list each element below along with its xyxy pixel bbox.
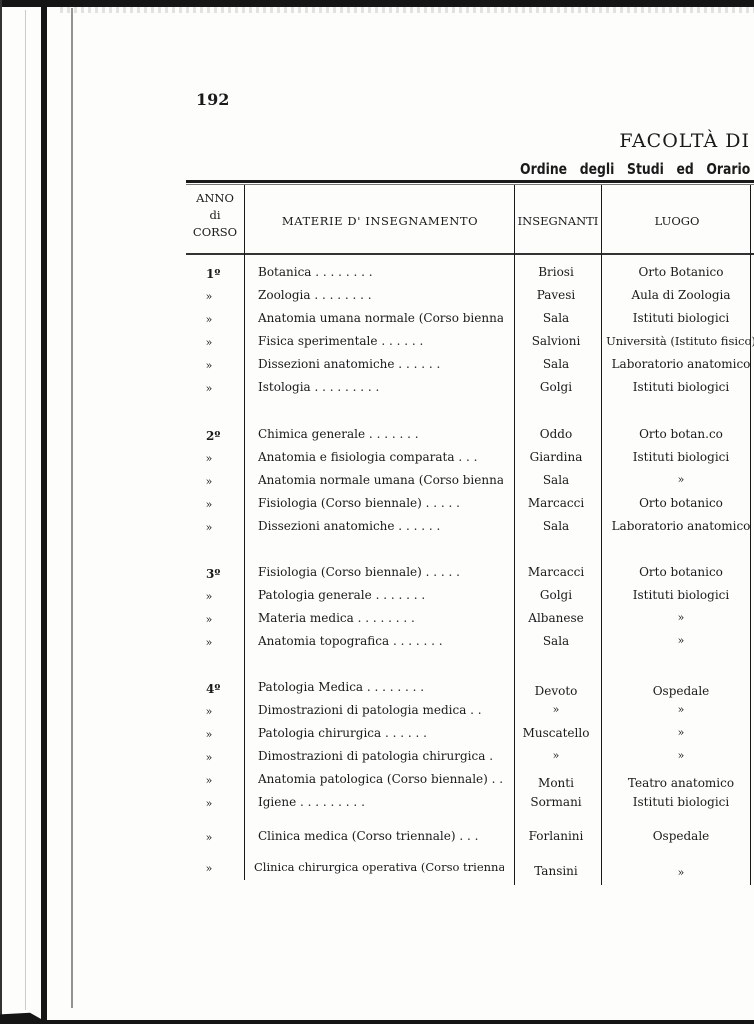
- leader-dots: .: [489, 749, 493, 763]
- insegnante-cell: Devoto: [516, 684, 596, 698]
- materia-text: Anatomia patologica (Corso biennale) .: [258, 772, 495, 786]
- materia-text: Anatomia umana normale (Corso biennale): [258, 311, 503, 325]
- insegnante-cell: Tansini: [516, 864, 596, 878]
- scan-noise-top: [60, 7, 754, 13]
- table-row: » Anatomia umana normale (Corso biennale…: [186, 311, 754, 333]
- header-luogo: LUOGO: [602, 213, 752, 230]
- luogo-cell: »: [604, 703, 754, 716]
- materia-text: Clinica chirurgica operativa (Corso trie…: [254, 860, 504, 874]
- table-row: » Materia medica . . . . . . . . Albanes…: [186, 611, 754, 633]
- materia-text: Fisiologia (Corso biennale) .: [258, 496, 429, 510]
- scan-edge-left: [0, 0, 2, 1024]
- table-row: » Dissezioni anatomiche . . . . . . Sala…: [186, 519, 754, 541]
- materia-text: Chimica generale .: [258, 427, 373, 441]
- materia-cell: Istologia . . . . . . . . .: [258, 380, 503, 394]
- luogo-cell: Istituti biologici: [604, 795, 754, 809]
- materia-cell: Igiene . . . . . . . . .: [258, 795, 503, 809]
- anno-cell: »: [186, 613, 232, 626]
- anno-cell: »: [186, 774, 232, 787]
- leader-dots: . . . . . .: [385, 726, 427, 740]
- leader-dots: . . . . . . . .: [322, 380, 379, 394]
- table-row: » Istologia . . . . . . . . . Golgi Isti…: [186, 380, 754, 402]
- anno-cell: »: [186, 475, 232, 488]
- insegnante-cell: Sormani: [516, 795, 596, 809]
- materia-text: Istologia .: [258, 380, 318, 394]
- anno-cell: 4º: [188, 682, 220, 696]
- header-anno-di-corso: ANNO di CORSO: [186, 190, 244, 241]
- anno-cell: »: [186, 705, 232, 718]
- table-row: » Patologia generale . . . . . . . Golgi…: [186, 588, 754, 610]
- anno-cell: »: [186, 452, 232, 465]
- materia-text: Patologia chirurgica: [258, 726, 381, 740]
- anno-cell: 1º: [188, 267, 220, 281]
- luogo-cell: Orto botan.co: [604, 427, 754, 441]
- anno-cell: 3º: [188, 567, 220, 581]
- materia-cell: Zoologia . . . . . . . .: [258, 288, 503, 302]
- insegnante-cell: Sala: [516, 311, 596, 325]
- luogo-cell: Ospedale: [604, 684, 754, 698]
- leader-dots: . . . . . . . .: [358, 611, 415, 625]
- anno-cell: »: [186, 382, 232, 395]
- insegnante-cell: Monti: [516, 776, 596, 790]
- anno-cell: »: [186, 290, 232, 303]
- anno-cell: »: [186, 797, 232, 810]
- insegnante-cell: Oddo: [516, 427, 596, 441]
- materia-text: Dissezioni anatomiche .: [258, 357, 402, 371]
- luogo-cell: Istituti biologici: [604, 588, 754, 602]
- table-row: » Dissezioni anatomiche . . . . . . Sala…: [186, 357, 754, 379]
- scan-edge-bottom: [0, 1020, 754, 1024]
- anno-cell: »: [186, 636, 232, 649]
- materia-cell: Clinica chirurgica operativa (Corso trie…: [254, 860, 504, 874]
- page-number: 192: [196, 90, 229, 109]
- materia-text: Anatomia topografica .: [258, 634, 397, 648]
- luogo-cell: »: [604, 749, 754, 762]
- running-title: FACOLTÀ DI: [619, 130, 750, 152]
- materia-cell: Botanica . . . . . . . .: [258, 265, 503, 279]
- table-header-rule: [186, 253, 754, 255]
- luogo-cell: »: [604, 634, 754, 647]
- luogo-cell: Teatro anatomico: [604, 776, 754, 790]
- insegnante-cell: Forlanini: [516, 829, 596, 843]
- leader-dots: .: [499, 772, 503, 786]
- materia-cell: Patologia chirurgica . . . . . .: [258, 726, 503, 740]
- leader-dots: . . . . . .: [381, 334, 423, 348]
- book-spine-shadow: [41, 0, 47, 1020]
- insegnante-cell: Briosi: [516, 265, 596, 279]
- luogo-cell: »: [604, 726, 754, 739]
- insegnante-cell: Giardina: [516, 450, 596, 464]
- materia-cell: Anatomia umana normale (Corso biennale): [258, 311, 503, 325]
- leader-dots: . .: [466, 450, 477, 464]
- luogo-cell: Istituti biologici: [604, 380, 754, 394]
- materia-text: Materia medica: [258, 611, 354, 625]
- table-row: » Dimostrazioni di patologia medica . . …: [186, 703, 754, 725]
- materia-cell: Dissezioni anatomiche . . . . . .: [258, 519, 503, 533]
- materia-text: Anatomia e fisiologia comparata .: [258, 450, 462, 464]
- materia-text: Patologia generale: [258, 588, 372, 602]
- materia-text: Igiene: [258, 795, 296, 809]
- luogo-cell: Orto Botanico: [604, 265, 754, 279]
- leader-dots: . .: [470, 703, 481, 717]
- leader-dots: . .: [467, 829, 478, 843]
- materia-text: Fisiologia (Corso biennale) .: [258, 565, 429, 579]
- luogo-cell: »: [604, 611, 754, 624]
- table-row: » Zoologia . . . . . . . . Pavesi Aula d…: [186, 288, 754, 310]
- materia-text: Anatomia normale umana (Corso biennale): [258, 473, 503, 487]
- anno-cell: 2º: [188, 429, 220, 443]
- luogo-cell: Laboratorio anatomico: [604, 357, 754, 371]
- materia-text: Dimostrazioni di patologia chirurgica: [258, 749, 485, 763]
- anno-cell: »: [186, 359, 232, 372]
- anno-cell: »: [186, 313, 232, 326]
- materia-cell: Dissezioni anatomiche . . . . . .: [258, 357, 503, 371]
- materia-text: Clinica medica (Corso triennale) .: [258, 829, 463, 843]
- leader-dots: . . . . . .: [377, 427, 419, 441]
- leader-dots: . . . .: [433, 496, 460, 510]
- table-row: » Anatomia e fisiologia comparata . . . …: [186, 450, 754, 472]
- page-edge-line: [71, 8, 73, 1008]
- table-row: » Clinica medica (Corso triennale) . . .…: [186, 829, 754, 851]
- luogo-cell: Orto botanico: [604, 565, 754, 579]
- anno-cell: »: [186, 521, 232, 534]
- table-row: » Anatomia normale umana (Corso biennale…: [186, 473, 754, 495]
- materia-cell: Fisica sperimentale . . . . . .: [258, 334, 503, 348]
- insegnante-cell: Marcacci: [516, 496, 596, 510]
- luogo-cell: Ospedale: [604, 829, 754, 843]
- section-subtitle: Ordine degli Studi ed Orario: [520, 160, 750, 178]
- insegnante-cell: Sala: [516, 634, 596, 648]
- luogo-cell: Università (Istituto fisico): [604, 334, 754, 348]
- table-row: » Fisiologia (Corso biennale) . . . . . …: [186, 496, 754, 518]
- header-anno-line3: CORSO: [186, 224, 244, 241]
- luogo-cell: Istituti biologici: [604, 311, 754, 325]
- table-row: 2º Chimica generale . . . . . . . Oddo O…: [186, 427, 754, 449]
- header-anno-line1: ANNO: [186, 190, 244, 207]
- table-top-rule-thin: [186, 184, 754, 185]
- leader-dots: . . . . . .: [401, 634, 443, 648]
- materia-text: Fisica sperimentale: [258, 334, 378, 348]
- materia-cell: Anatomia e fisiologia comparata . . .: [258, 450, 503, 464]
- insegnante-cell: Golgi: [516, 588, 596, 602]
- materia-cell: Anatomia topografica . . . . . . .: [258, 634, 503, 648]
- header-anno-line2: di: [186, 207, 244, 224]
- materia-text: Dissezioni anatomiche .: [258, 519, 402, 533]
- table-row: 1º Botanica . . . . . . . . Briosi Orto …: [186, 265, 754, 287]
- table-row: 3º Fisiologia (Corso biennale) . . . . .…: [186, 565, 754, 587]
- anno-cell: »: [186, 862, 232, 875]
- insegnante-cell: Salvioni: [516, 334, 596, 348]
- materia-text: Zoologia .: [258, 288, 318, 302]
- table-top-rule: [186, 180, 754, 183]
- insegnante-cell: Golgi: [516, 380, 596, 394]
- leader-dots: . . . .: [433, 565, 460, 579]
- materia-text: Dimostrazioni di patologia medica: [258, 703, 466, 717]
- insegnante-cell: Muscatello: [516, 726, 596, 740]
- materia-cell: Clinica medica (Corso triennale) . . .: [258, 829, 503, 843]
- table-row: » Igiene . . . . . . . . . Sormani Istit…: [186, 795, 754, 817]
- anno-cell: »: [186, 590, 232, 603]
- scan-edge-top: [0, 0, 754, 7]
- insegnante-cell: Sala: [516, 519, 596, 533]
- luogo-cell: »: [604, 473, 754, 486]
- table-row: 4º Patologia Medica . . . . . . . . Devo…: [186, 680, 754, 702]
- table-row: » Anatomia patologica (Corso biennale) .…: [186, 772, 754, 794]
- luogo-cell: »: [604, 866, 754, 879]
- table-row: » Patologia chirurgica . . . . . . Musca…: [186, 726, 754, 748]
- anno-cell: »: [186, 498, 232, 511]
- materia-cell: Dimostrazioni di patologia chirurgica .: [258, 749, 503, 763]
- materia-cell: Anatomia patologica (Corso biennale) . .: [258, 772, 503, 786]
- luogo-cell: Istituti biologici: [604, 450, 754, 464]
- materia-cell: Patologia Medica . . . . . . . .: [258, 680, 503, 694]
- insegnante-cell: Marcacci: [516, 565, 596, 579]
- scan-gutter-line: [25, 10, 26, 1010]
- luogo-cell: Aula di Zoologia: [604, 288, 754, 302]
- insegnante-cell: »: [516, 703, 596, 716]
- insegnante-cell: Albanese: [516, 611, 596, 625]
- leader-dots: . . . . . . .: [322, 288, 372, 302]
- materia-cell: Patologia generale . . . . . . .: [258, 588, 503, 602]
- leader-dots: . . . . . . .: [376, 588, 426, 602]
- luogo-cell: Laboratorio anatomico: [604, 519, 754, 533]
- header-insegnanti: INSEGNANTI: [515, 213, 601, 230]
- header-materie: MATERIE D' INSEGNAMENTO: [246, 213, 514, 230]
- table-row: » Dimostrazioni di patologia chirurgica …: [186, 749, 754, 771]
- materia-cell: Dimostrazioni di patologia medica . .: [258, 703, 503, 717]
- leader-dots: . . . . . . .: [375, 680, 425, 694]
- leader-dots: . . . . .: [406, 357, 440, 371]
- materia-cell: Fisiologia (Corso biennale) . . . . .: [258, 565, 503, 579]
- insegnante-cell: Pavesi: [516, 288, 596, 302]
- materia-text: Patologia Medica .: [258, 680, 371, 694]
- insegnante-cell: Sala: [516, 357, 596, 371]
- anno-cell: »: [186, 831, 232, 844]
- leader-dots: . . . . . . . .: [315, 265, 372, 279]
- luogo-cell: Orto botanico: [604, 496, 754, 510]
- leader-dots: . . . . .: [406, 519, 440, 533]
- anno-cell: »: [186, 751, 232, 764]
- materia-cell: Chimica generale . . . . . . .: [258, 427, 503, 441]
- materia-cell: Materia medica . . . . . . . .: [258, 611, 503, 625]
- leader-dots: . . . . . . . . .: [300, 795, 365, 809]
- materia-text: Botanica: [258, 265, 311, 279]
- table-row: » Anatomia topografica . . . . . . . Sal…: [186, 634, 754, 656]
- materia-cell: Fisiologia (Corso biennale) . . . . .: [258, 496, 503, 510]
- insegnante-cell: Sala: [516, 473, 596, 487]
- anno-cell: »: [186, 728, 232, 741]
- table-row: » Clinica chirurgica operativa (Corso tr…: [186, 860, 754, 882]
- materia-cell: Anatomia normale umana (Corso biennale): [258, 473, 503, 487]
- insegnante-cell: »: [516, 749, 596, 762]
- anno-cell: »: [186, 336, 232, 349]
- table-row: » Fisica sperimentale . . . . . . Salvio…: [186, 334, 754, 356]
